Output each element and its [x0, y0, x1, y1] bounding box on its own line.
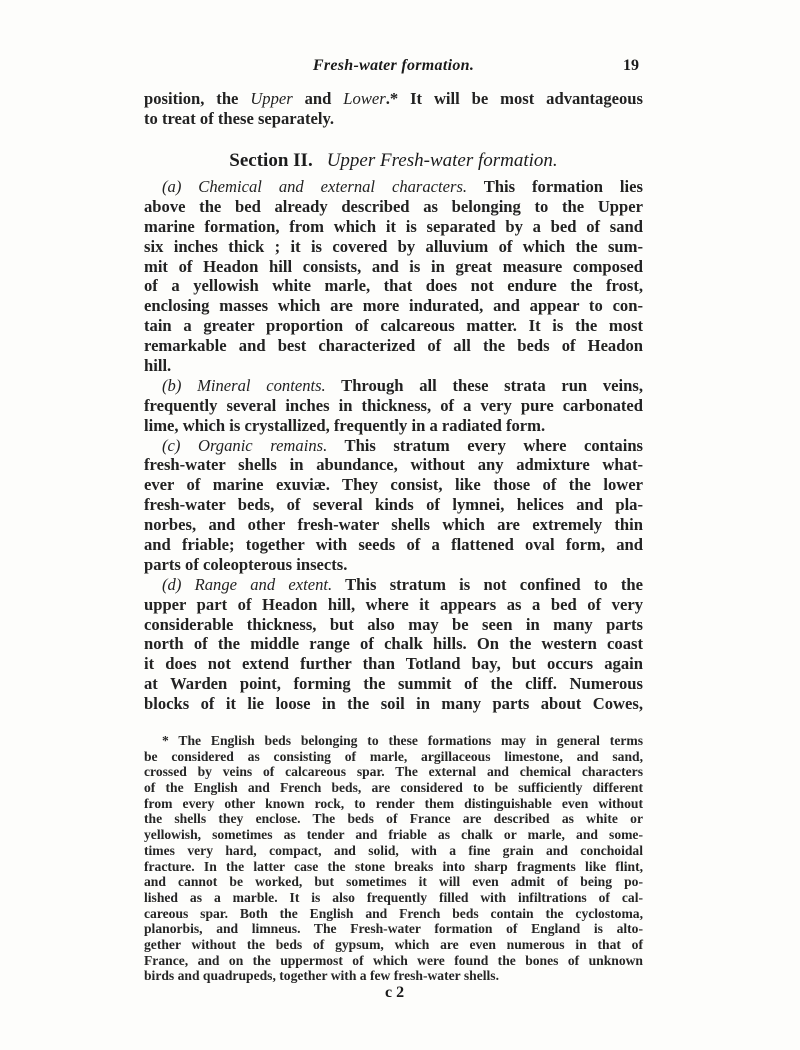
- footnote-line: from every other known rock, to render t…: [144, 796, 643, 812]
- footnote-line: crossed by veins of calcareous spar. The…: [144, 764, 643, 780]
- text-line: norbes, and other fresh-water shells whi…: [144, 515, 643, 535]
- text-line: marine formation, from which it is separ…: [144, 217, 643, 237]
- text-line: ever of marine exuviæ. They consist, lik…: [144, 475, 643, 495]
- intro-text: position, the Upper and Lower.* It will …: [144, 89, 643, 129]
- footnote-line: * The English beds belonging to these fo…: [144, 733, 643, 749]
- paragraph-a-first-line: (a) Chemical and external characters. Th…: [144, 177, 643, 197]
- text-line: lime, which is crystallized, frequently …: [144, 416, 643, 436]
- footnote-line: gether without the beds of gypsum, which…: [144, 937, 643, 953]
- text-line: hill.: [144, 356, 643, 376]
- section-body: (a) Chemical and external characters. Th…: [144, 177, 643, 714]
- footnote-line: France, and on the uppermost of which we…: [144, 953, 643, 969]
- footnote-line: of the English and French beds, are cons…: [144, 780, 643, 796]
- paragraph-d-first-line: (d) Range and extent. This stratum is no…: [144, 575, 643, 595]
- text-line: and friable; together with seeds of a fl…: [144, 535, 643, 555]
- text-line: upper part of Headon hill, where it appe…: [144, 595, 643, 615]
- footnote-line: and cannot be worked, but sometimes it w…: [144, 874, 643, 890]
- section-title: Upper Fresh-water formation.: [327, 150, 558, 171]
- text-line: fresh-water shells in abundance, without…: [144, 455, 643, 475]
- text-line: mit of Headon hill consists, and is in g…: [144, 257, 643, 277]
- footnote: * The English beds belonging to these fo…: [144, 733, 643, 984]
- footnote-line: careous spar. Both the English and Frenc…: [144, 906, 643, 922]
- text-line: above the bed already described as belon…: [144, 197, 643, 217]
- footnote-line: yellowish, sometimes as tender and friab…: [144, 827, 643, 843]
- footnote-line: planorbis, and limneus. The Fresh-water …: [144, 921, 643, 937]
- paragraph-b-first-line: (b) Mineral contents. Through all these …: [144, 376, 643, 396]
- paragraph-c-first-line: (c) Organic remains. This stratum every …: [144, 436, 643, 456]
- footnote-line: times very hard, compact, and solid, wit…: [144, 843, 643, 859]
- text-line: it does not extend further than Totland …: [144, 654, 643, 674]
- text-line: six inches thick ; it is covered by allu…: [144, 237, 643, 257]
- text-line: of a yellowish white marle, that does no…: [144, 276, 643, 296]
- section-label: Section II.: [229, 150, 312, 171]
- footnote-line: lished as a marble. It is also frequentl…: [144, 890, 643, 906]
- text-line: fresh-water beds, of several kinds of ly…: [144, 495, 643, 515]
- text-line: position, the Upper and Lower.* It will …: [144, 89, 643, 109]
- text-line: at Warden point, forming the summit of t…: [144, 674, 643, 694]
- section-heading: Section II.Upper Fresh-water formation.: [144, 150, 643, 172]
- text-line: north of the middle range of chalk hills…: [144, 634, 643, 654]
- text-line: frequently several inches in thickness, …: [144, 396, 643, 416]
- text-line: blocks of it lie loose in the soil in ma…: [144, 694, 643, 714]
- signature-mark: c 2: [385, 984, 404, 1002]
- footnote-line: be considered as consisting of marle, ar…: [144, 749, 643, 765]
- text-line: parts of coleopterous insects.: [144, 555, 643, 575]
- footnote-line: fracture. In the latter case the stone b…: [144, 859, 643, 875]
- text-line: enclosing masses which are more indurate…: [144, 296, 643, 316]
- running-head: Fresh-water formation. 19: [144, 57, 643, 77]
- footnote-line: the shells they enclose. The beds of Fra…: [144, 811, 643, 827]
- text-line: tain a greater proportion of calcareous …: [144, 316, 643, 336]
- running-title: Fresh-water formation.: [144, 57, 643, 75]
- text-line: to treat of these separately.: [144, 109, 643, 129]
- footnote-line: birds and quadrupeds, together with a fe…: [144, 968, 643, 984]
- text-line: considerable thickness, but also may be …: [144, 615, 643, 635]
- text-line: remarkable and best characterized of all…: [144, 336, 643, 356]
- page-number: 19: [623, 57, 639, 75]
